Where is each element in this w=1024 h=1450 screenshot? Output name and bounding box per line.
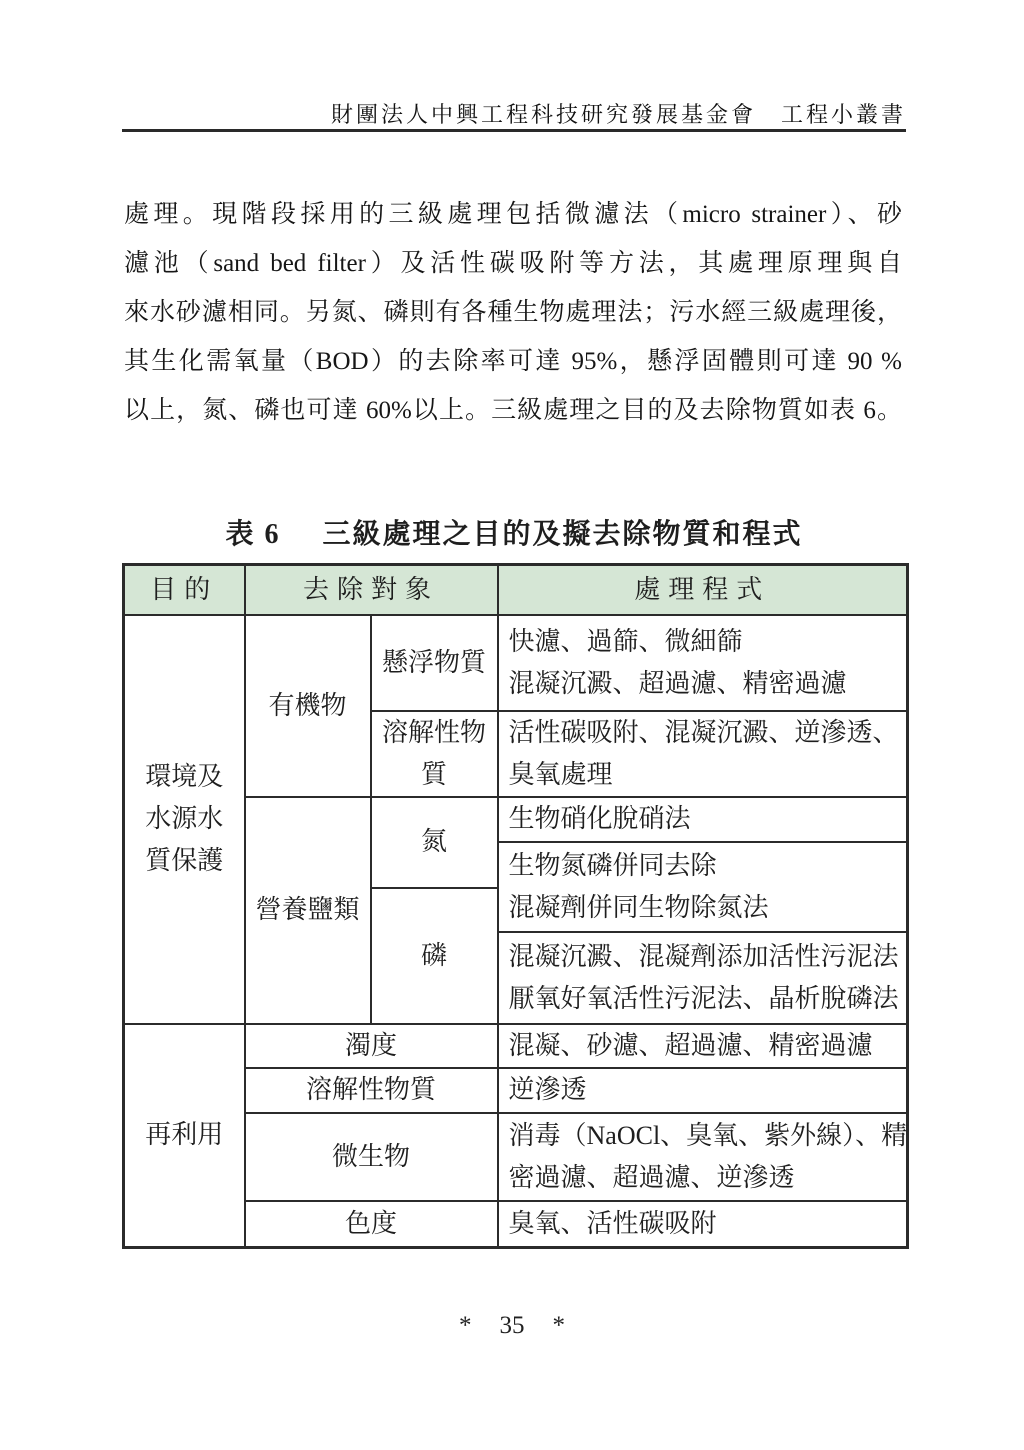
header-target: 去除對象 xyxy=(245,565,498,615)
cell-target-suspended: 懸浮物質 xyxy=(371,615,498,711)
cell-process-nitrogen-phosphorus: 生物氮磷併同去除 混凝劑併同生物除氮法 xyxy=(498,842,908,932)
table-number: 表 6 xyxy=(225,512,280,552)
cell-target-turbidity: 濁度 xyxy=(245,1024,498,1068)
cell-process-dissolved: 活性碳吸附、混凝沉澱、逆滲透、 臭氧處理 xyxy=(498,711,908,797)
document-page: { "page": { "header_text": "財團法人中興工程科技研究… xyxy=(0,0,1024,1450)
footer-star-left: * xyxy=(459,1312,472,1340)
cell-process-suspended: 快濾、過篩、微細篩 混凝沉澱、超過濾、精密過濾 xyxy=(498,615,908,711)
cell-process-microorganism: 消毒（NaOCl、臭氧、紫外線）、精 密過濾、超過濾、逆滲透 xyxy=(498,1113,908,1201)
paragraph-line: 處理。現階段採用的三級處理包括微濾法（micro strainer）、砂 xyxy=(124,190,902,239)
table-row: 再利用 濁度 混凝、砂濾、超過濾、精密過濾 xyxy=(124,1024,908,1068)
footer-star-right: * xyxy=(553,1312,566,1340)
page-footer: * 35 * xyxy=(0,1312,1024,1340)
cell-process-turbidity: 混凝、砂濾、超過濾、精密過濾 xyxy=(498,1024,908,1068)
body-paragraph: 處理。現階段採用的三級處理包括微濾法（micro strainer）、砂 濾池（… xyxy=(124,190,902,435)
page-number: 35 xyxy=(500,1312,525,1340)
cell-process-dissolved-reuse: 逆滲透 xyxy=(498,1068,908,1113)
cell-process-nitrogen: 生物硝化脫硝法 xyxy=(498,797,908,842)
cell-target-color: 色度 xyxy=(245,1201,498,1248)
cell-process-phosphorus: 混凝沉澱、混凝劑添加活性污泥法 厭氧好氧活性污泥法、晶析脫磷法 xyxy=(498,932,908,1024)
table-row: 環境及水源水質保護 有機物 懸浮物質 快濾、過篩、微細篩 混凝沉澱、超過濾、精密… xyxy=(124,615,908,711)
cell-process-color: 臭氧、活性碳吸附 xyxy=(498,1201,908,1248)
cell-target-nitrogen: 氮 xyxy=(371,797,498,888)
treatment-table: 目的 去除對象 處理程式 環境及水源水質保護 有機物 懸浮物質 快濾、過篩、微細… xyxy=(122,563,909,1249)
header-rule xyxy=(122,129,906,132)
document-header-text: 財團法人中興工程科技研究發展基金會 工程小叢書 xyxy=(331,98,906,129)
cell-target-dissolved-reuse: 溶解性物質 xyxy=(245,1068,498,1113)
paragraph-line: 以上，氮、磷也可達 60%以上。三級處理之目的及去除物質如表 6。 xyxy=(124,386,902,435)
table-title-text: 三級處理之目的及擬去除物質和程式 xyxy=(323,512,803,552)
cell-target-microorganism: 微生物 xyxy=(245,1113,498,1201)
cell-group-organic: 有機物 xyxy=(245,615,371,797)
cell-purpose-environment: 環境及水源水質保護 xyxy=(124,615,245,1024)
cell-target-dissolved: 溶解性物質 xyxy=(371,711,498,797)
paragraph-line: 濾池（sand bed filter）及活性碳吸附等方法，其處理原理與自 xyxy=(124,239,902,288)
header-purpose: 目的 xyxy=(124,565,245,615)
paragraph-line: 來水砂濾相同。另氮、磷則有各種生物處理法；污水經三級處理後， xyxy=(124,288,902,337)
table-title: 表 6 三級處理之目的及擬去除物質和程式 xyxy=(122,512,906,552)
cell-target-phosphorus: 磷 xyxy=(371,888,498,1024)
header-process: 處理程式 xyxy=(498,565,908,615)
cell-group-nutrient: 營養鹽類 xyxy=(245,797,371,1024)
table-header-row: 目的 去除對象 處理程式 xyxy=(124,565,908,615)
paragraph-line: 其生化需氧量（BOD）的去除率可達 95%，懸浮固體則可達 90 % xyxy=(124,337,902,386)
cell-purpose-reuse: 再利用 xyxy=(124,1024,245,1248)
